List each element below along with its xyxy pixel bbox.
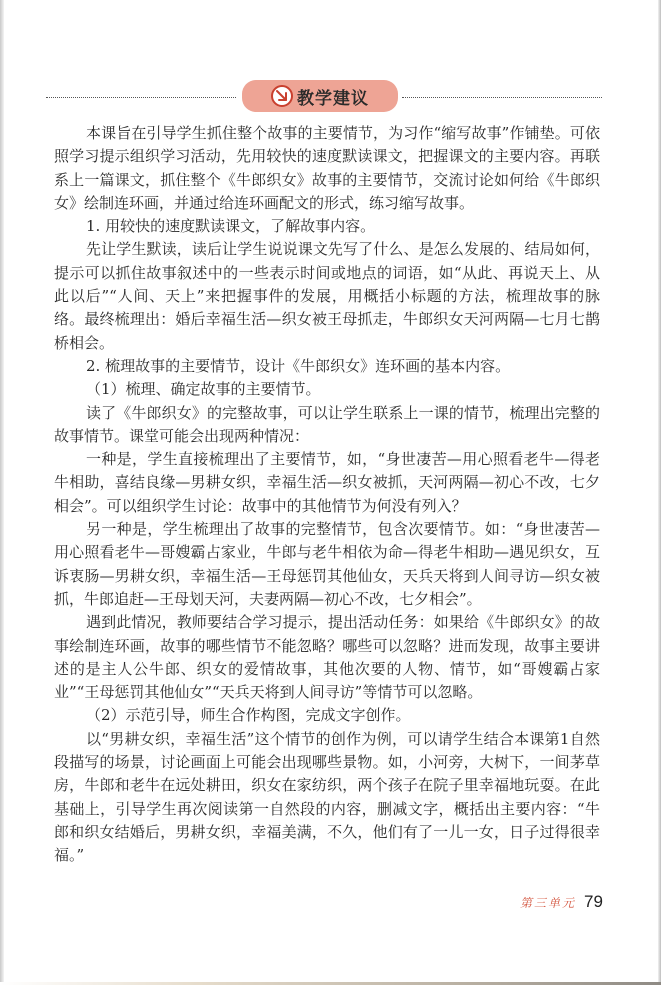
page-edge-left — [0, 0, 4, 985]
paragraph: 读了《牛郎织女》的完整故事，可以让学生联系上一课的情节，梳理出完整的故事情节。课… — [54, 402, 600, 449]
paragraph: 以“男耕女织，幸福生活”这个情节的创作为例，可以请学生结合本课第1自然段描写的场… — [54, 728, 600, 868]
sub-heading-2: （2）示范引导，师生合作构图，完成文字创作。 — [54, 704, 600, 727]
paragraph: 先让学生默读，读后让学生说说课文先写了什么、是怎么发展的、结局如何，提示可以抓住… — [54, 238, 600, 354]
page-number: 79 — [584, 892, 603, 912]
paragraph: 遇到此情况，教师要结合学习提示，提出活动任务：如果给《牛郎织女》的故事绘制连环画… — [54, 611, 600, 704]
arrow-down-right-circle-icon — [271, 85, 293, 107]
section-title: 教学建议 — [297, 84, 369, 109]
step-heading-1: 1. 用较快的速度默读课文，了解故事内容。 — [54, 215, 600, 238]
page-footer: 第三单元 79 — [520, 892, 603, 912]
dotted-divider-right — [402, 97, 602, 98]
step-heading-2: 2. 梳理故事的主要情节，设计《牛郎织女》连环画的基本内容。 — [54, 355, 600, 378]
section-header: 教学建议 — [46, 78, 606, 116]
sub-heading-1: （1）梳理、确定故事的主要情节。 — [54, 378, 600, 401]
paragraph: 一种是，学生直接梳理出了主要情节，如，“身世凄苦—用心照看老牛—得老牛相助，喜结… — [54, 448, 600, 518]
body-text: 本课旨在引导学生抓住整个故事的主要情节，为习作“缩写故事”作铺垫。可依照学习提示… — [54, 122, 600, 868]
unit-label: 第三单元 — [520, 894, 576, 911]
dotted-divider-left — [46, 97, 236, 98]
paragraph: 另一种是，学生梳理出了故事的完整情节，包含次要情节。如：“身世凄苦—用心照看老牛… — [54, 518, 600, 611]
section-title-badge: 教学建议 — [242, 80, 398, 112]
paragraph-intro: 本课旨在引导学生抓住整个故事的主要情节，为习作“缩写故事”作铺垫。可依照学习提示… — [54, 122, 600, 215]
